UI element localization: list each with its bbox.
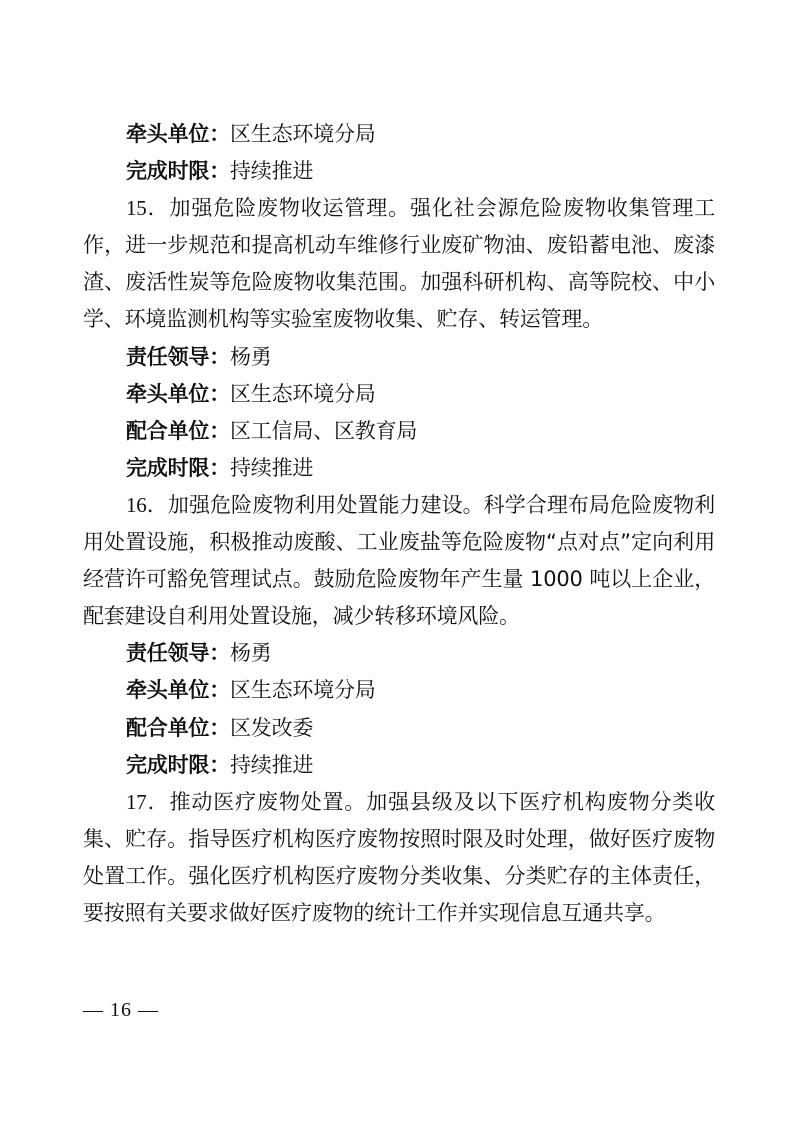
- item-number: 16．: [126, 493, 168, 517]
- field-value: 持续推进: [230, 159, 313, 183]
- field-label: 责任领导：: [126, 345, 230, 369]
- deadline-field: 完成时限：持续推进: [83, 450, 715, 487]
- responsible-leader-field: 责任领导：杨勇: [83, 339, 715, 376]
- item-16-paragraph: 16．加强危险废物利用处置能力建设。科学合理布局危险废物利用处置设施，积极推动废…: [83, 487, 715, 635]
- field-value: 杨勇: [230, 345, 272, 369]
- field-value: 杨勇: [230, 641, 272, 665]
- field-label: 完成时限：: [126, 456, 230, 480]
- field-value: 区生态环境分局: [230, 122, 376, 146]
- item-15-paragraph: 15．加强危险废物收运管理。强化社会源危险废物收集管理工作，进一步规范和提高机动…: [83, 190, 715, 338]
- item-number: 15．: [126, 196, 170, 220]
- responsible-leader-field: 责任领导：杨勇: [83, 635, 715, 672]
- field-value: 区生态环境分局: [230, 382, 376, 406]
- field-label: 牵头单位：: [126, 678, 230, 702]
- item-17-paragraph: 17．推动医疗废物处置。加强县级及以下医疗机构废物分类收集、贮存。指导医疗机构医…: [83, 784, 715, 932]
- lead-unit-field: 牵头单位：区生态环境分局: [83, 116, 715, 153]
- lead-unit-field: 牵头单位：区生态环境分局: [83, 672, 715, 709]
- item-text: 加强危险废物利用处置能力建设。科学合理布局危险废物利用处置设施，积极推动废酸、工…: [83, 493, 715, 628]
- field-label: 牵头单位：: [126, 382, 230, 406]
- deadline-field: 完成时限：持续推进: [83, 747, 715, 784]
- document-page: 牵头单位：区生态环境分局 完成时限：持续推进 15．加强危险废物收运管理。强化社…: [83, 116, 715, 932]
- item-text: 加强危险废物收运管理。强化社会源危险废物收集管理工作，进一步规范和提高机动车维修…: [83, 196, 715, 331]
- cooperating-unit-field: 配合单位：区工信局、区教育局: [83, 413, 715, 450]
- field-value: 持续推进: [230, 753, 313, 777]
- page-number: — 16 —: [83, 999, 159, 1022]
- field-value: 持续推进: [230, 456, 313, 480]
- field-label: 完成时限：: [126, 159, 230, 183]
- cooperating-unit-field: 配合单位：区发改委: [83, 710, 715, 747]
- deadline-field: 完成时限：持续推进: [83, 153, 715, 190]
- field-value: 区发改委: [230, 716, 313, 740]
- item-number: 17．: [126, 790, 170, 814]
- field-label: 责任领导：: [126, 641, 230, 665]
- field-value: 区生态环境分局: [230, 678, 376, 702]
- field-label: 完成时限：: [126, 753, 230, 777]
- item-text: 推动医疗废物处置。加强县级及以下医疗机构废物分类收集、贮存。指导医疗机构医疗废物…: [83, 790, 715, 925]
- field-value: 区工信局、区教育局: [230, 419, 417, 443]
- field-label: 牵头单位：: [126, 122, 230, 146]
- field-label: 配合单位：: [126, 419, 230, 443]
- field-label: 配合单位：: [126, 716, 230, 740]
- lead-unit-field: 牵头单位：区生态环境分局: [83, 376, 715, 413]
